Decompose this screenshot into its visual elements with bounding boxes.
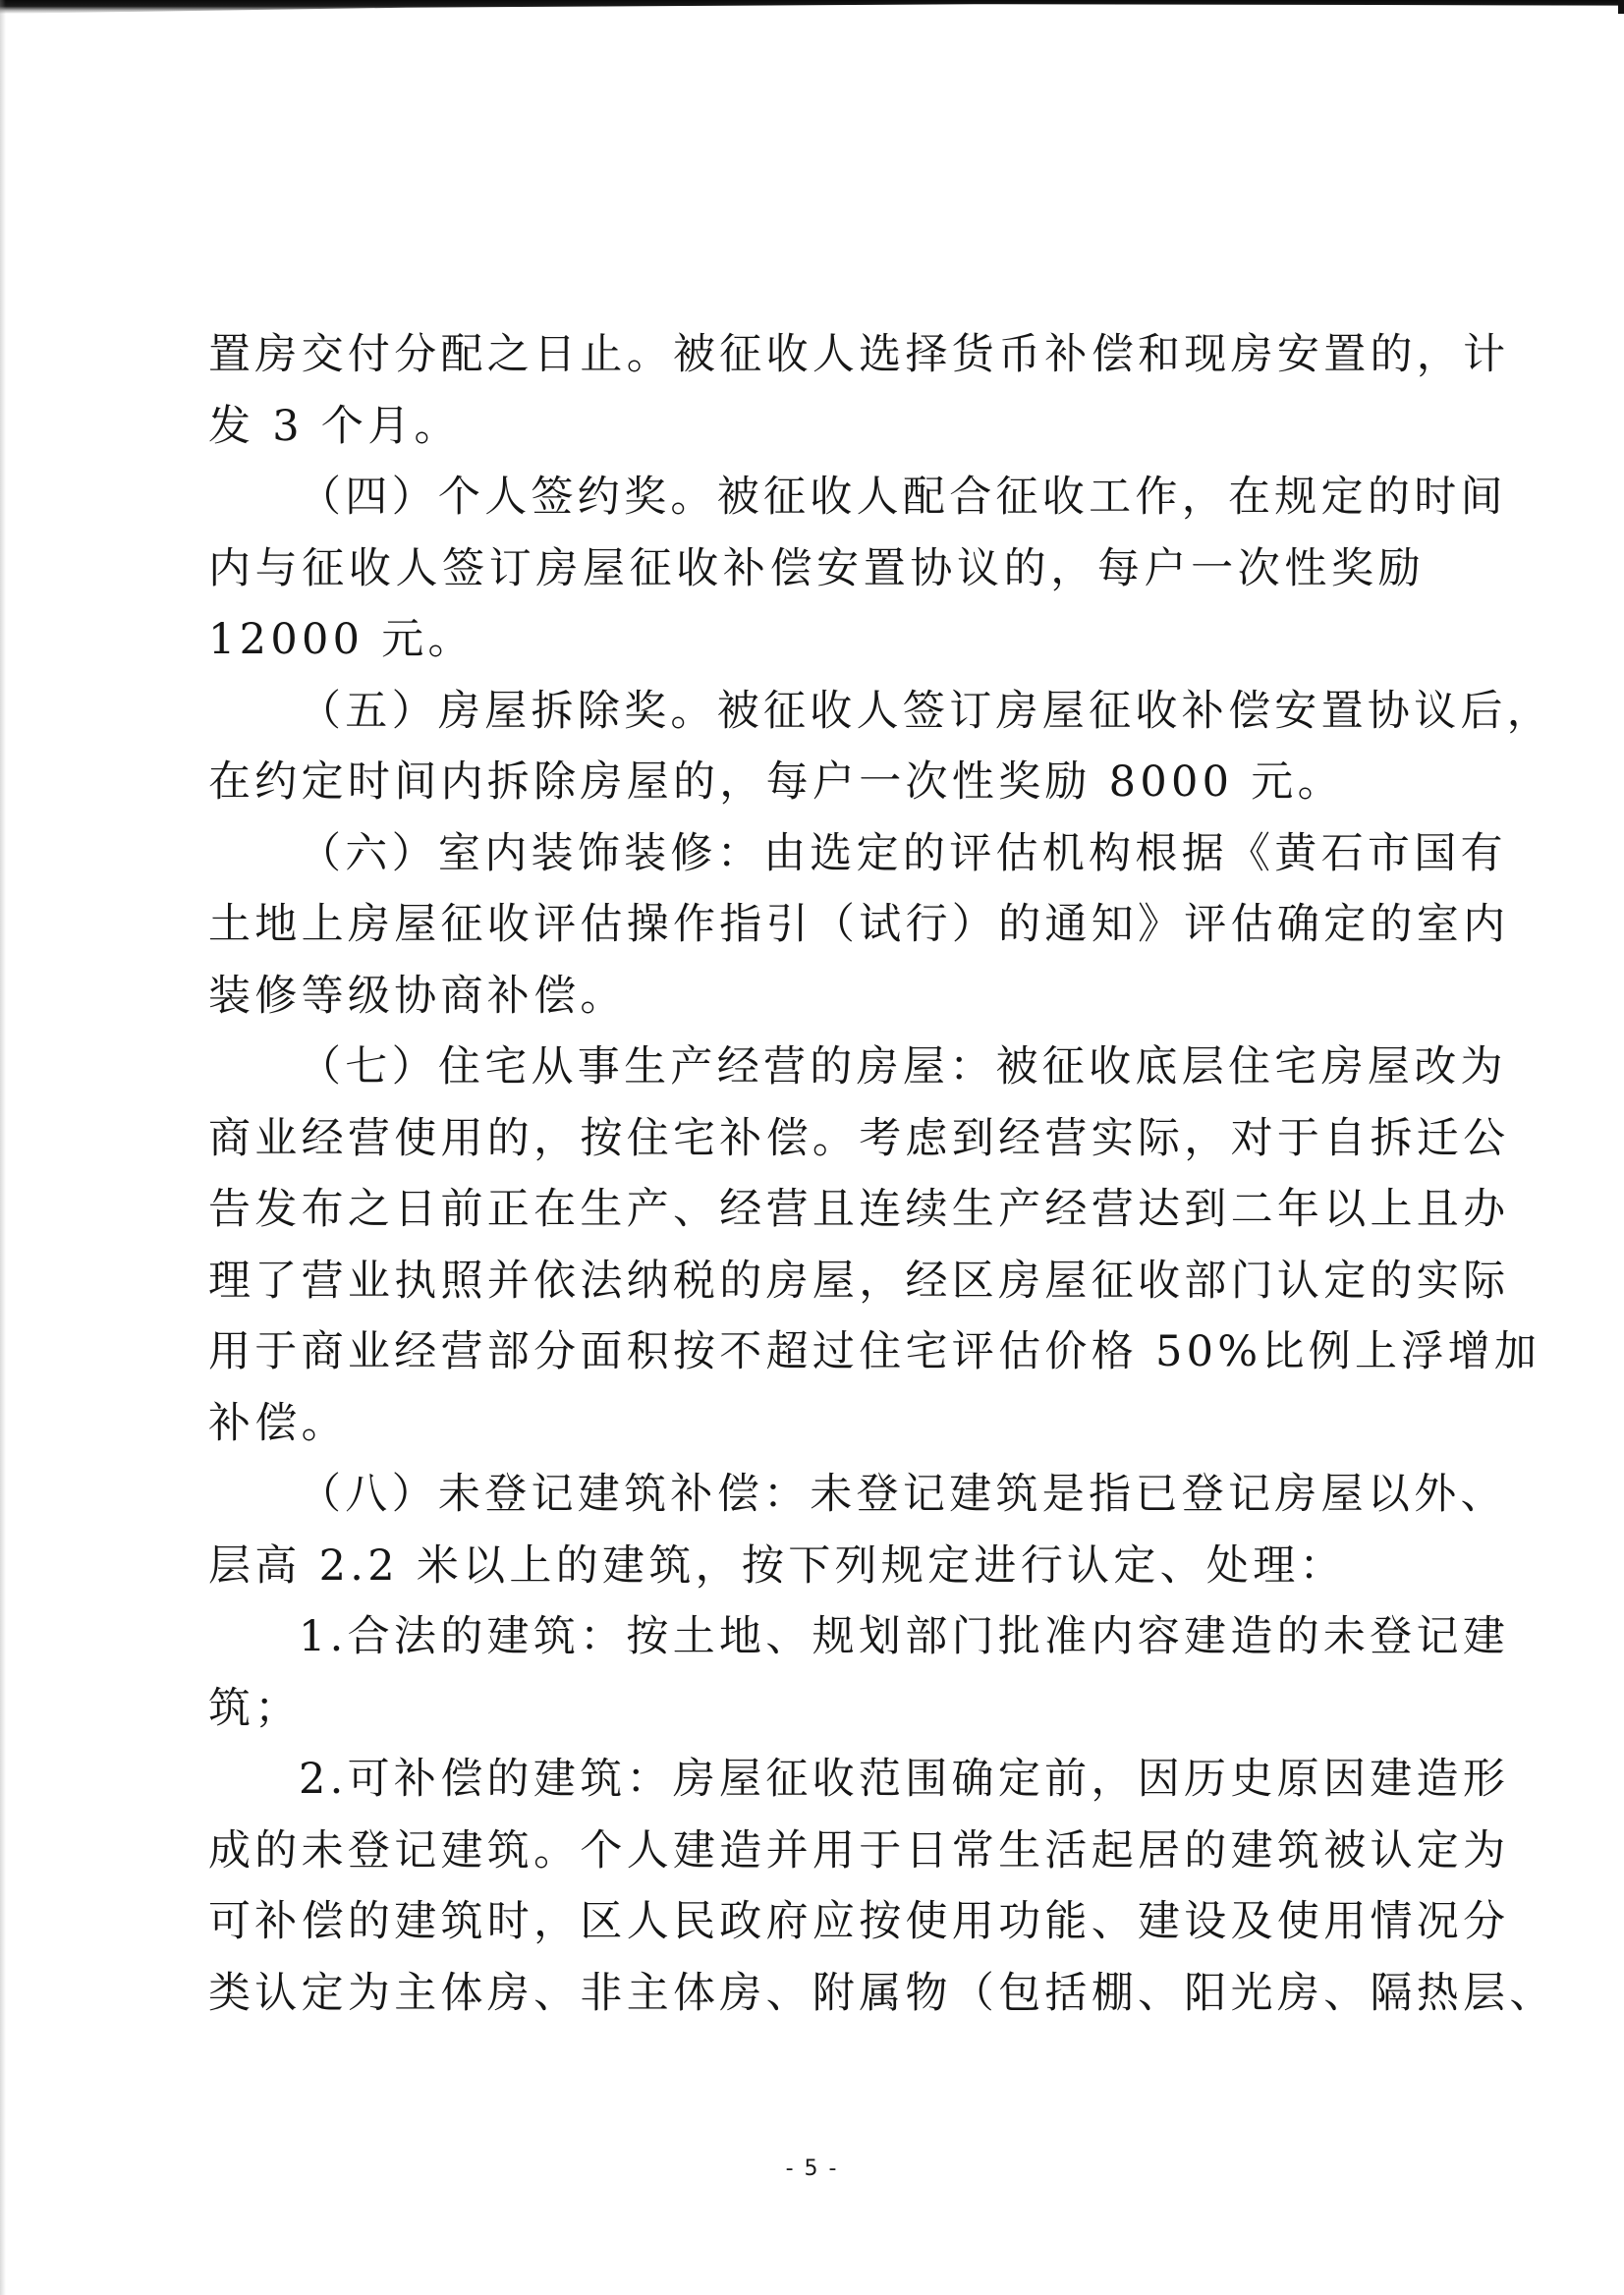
- paragraph-item-8-2-compensable-buildings: 2.可补偿的建筑：房屋征收范围确定前，因历史原因建造形 成的未登记建筑。个人建造…: [208, 1744, 1425, 2029]
- text-line: 装修等级协商补偿。: [208, 961, 1425, 1033]
- text-line: 补偿。: [208, 1388, 1425, 1460]
- paragraph-item-7-commercial-use: （七）住宅从事生产经营的房屋：被征收底层住宅房屋改为 商业经营使用的，按住宅补偿…: [208, 1032, 1425, 1459]
- text-line: （四）个人签约奖。被征收人配合征收工作，在规定的时间: [208, 462, 1425, 533]
- text-line: 在约定时间内拆除房屋的，每户一次性奖励 8000 元。: [208, 747, 1425, 818]
- page-number: - 5 -: [0, 2156, 1624, 2181]
- text-line: （五）房屋拆除奖。被征收人签订房屋征收补偿安置协议后，: [208, 676, 1425, 748]
- text-line: 可补偿的建筑时，区人民政府应按使用功能、建设及使用情况分: [208, 1886, 1425, 1958]
- scan-edge-shadow: [0, 0, 1624, 14]
- text-line: 用于商业经营部分面积按不超过住宅评估价格 50%比例上浮增加: [208, 1316, 1425, 1388]
- text-line: 成的未登记建筑。个人建造并用于日常生活起居的建筑被认定为: [208, 1816, 1425, 1887]
- text-line: 12000 元。: [208, 604, 1425, 676]
- scan-left-shadow: [0, 0, 6, 2295]
- text-line: 商业经营使用的，按住宅补偿。考虑到经营实际，对于自拆迁公: [208, 1103, 1425, 1175]
- text-line: 理了营业执照并依法纳税的房屋，经区房屋征收部门认定的实际: [208, 1246, 1425, 1317]
- text-line: （八）未登记建筑补偿：未登记建筑是指已登记房屋以外、: [208, 1459, 1425, 1531]
- text-line: 土地上房屋征收评估操作指引（试行）的通知》评估确定的室内: [208, 889, 1425, 961]
- paragraph-item-8-unregistered-buildings: （八）未登记建筑补偿：未登记建筑是指已登记房屋以外、 层高 2.2 米以上的建筑…: [208, 1459, 1425, 1601]
- text-line: 置房交付分配之日止。被征收人选择货币补偿和现房安置的，计: [208, 319, 1425, 391]
- text-line: 2.可补偿的建筑：房屋征收范围确定前，因历史原因建造形: [208, 1744, 1425, 1816]
- text-line: 层高 2.2 米以上的建筑，按下列规定进行认定、处理：: [208, 1531, 1425, 1602]
- text-line: 内与征收人签订房屋征收补偿安置协议的，每户一次性奖励: [208, 533, 1425, 605]
- text-line: 类认定为主体房、非主体房、附属物（包括棚、阳光房、隔热层、: [208, 1958, 1425, 2030]
- text-line: 告发布之日前正在生产、经营且连续生产经营达到二年以上且办: [208, 1174, 1425, 1246]
- paragraph-item-4-signing-reward: （四）个人签约奖。被征收人配合征收工作，在规定的时间 内与征收人签订房屋征收补偿…: [208, 462, 1425, 676]
- paragraph-item-6-interior-decoration: （六）室内装饰装修：由选定的评估机构根据《黄石市国有 土地上房屋征收评估操作指引…: [208, 818, 1425, 1033]
- paragraph-continuation: 置房交付分配之日止。被征收人选择货币补偿和现房安置的，计 发 3 个月。: [208, 319, 1425, 462]
- paragraph-item-5-demolition-reward: （五）房屋拆除奖。被征收人签订房屋征收补偿安置协议后， 在约定时间内拆除房屋的，…: [208, 676, 1425, 818]
- paragraph-item-8-1-legal-buildings: 1.合法的建筑：按土地、规划部门批准内容建造的未登记建 筑；: [208, 1601, 1425, 1744]
- text-line: （七）住宅从事生产经营的房屋：被征收底层住宅房屋改为: [208, 1032, 1425, 1103]
- text-line: 1.合法的建筑：按土地、规划部门批准内容建造的未登记建: [208, 1601, 1425, 1673]
- scan-corner-mark: [1618, 0, 1624, 14]
- document-body: 置房交付分配之日止。被征收人选择货币补偿和现房安置的，计 发 3 个月。 （四）…: [208, 319, 1425, 2029]
- text-line: 发 3 个月。: [208, 391, 1425, 463]
- text-line: （六）室内装饰装修：由选定的评估机构根据《黄石市国有: [208, 818, 1425, 890]
- text-line: 筑；: [208, 1673, 1425, 1745]
